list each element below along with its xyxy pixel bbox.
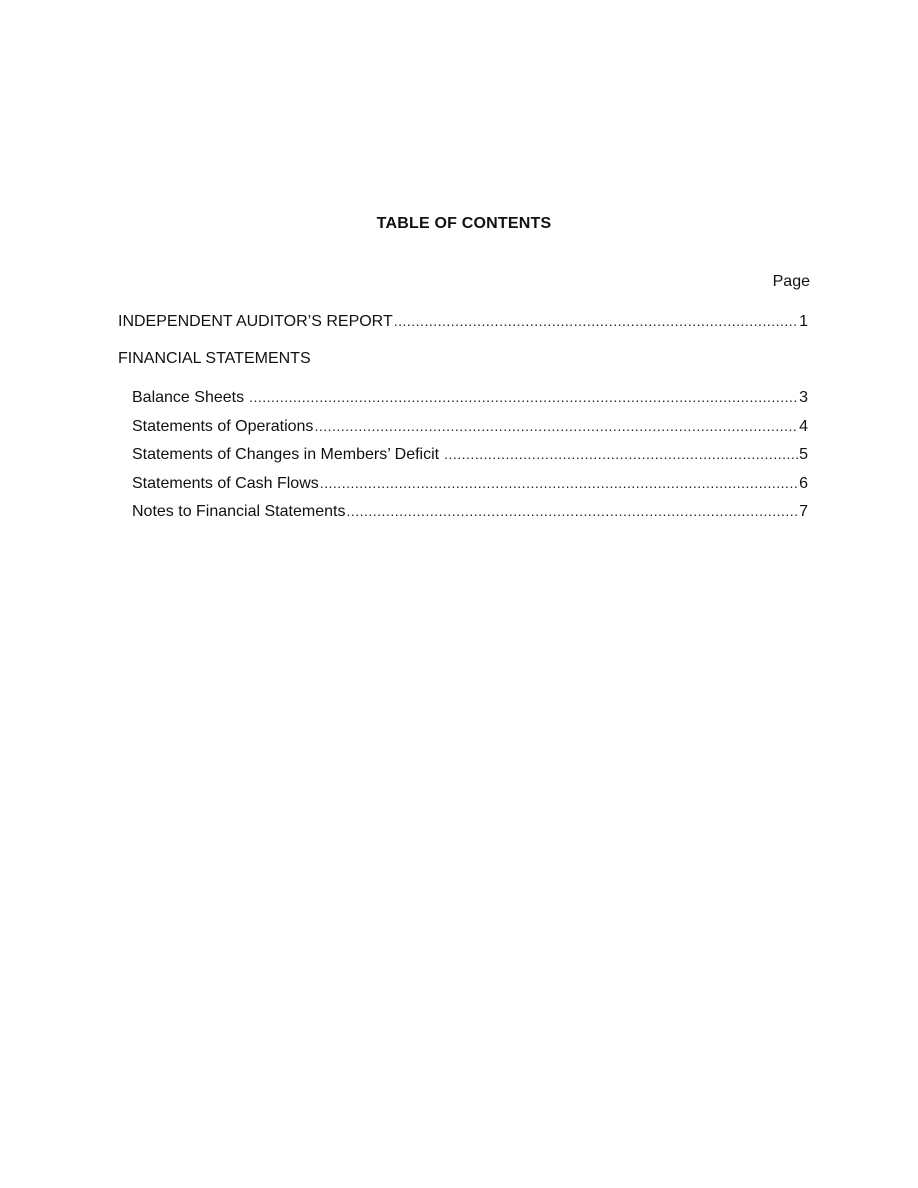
dot-leader [314, 416, 798, 436]
toc-entry-label: Statements of Operations [132, 417, 313, 437]
toc-entry-changes-in-members-deficit[interactable]: Statements of Changes in Members’ Defici… [132, 444, 808, 465]
toc-entry-page-number: 3 [799, 388, 808, 408]
dot-leader [444, 444, 798, 464]
document-page: TABLE OF CONTENTS Page INDEPENDENT AUDIT… [0, 0, 918, 1188]
toc-entry-page-number: 4 [799, 417, 808, 437]
toc-entry-auditors-report[interactable]: INDEPENDENT AUDITOR’S REPORT 1 [118, 311, 808, 332]
toc-entry-label: Statements of Changes in Members’ Defici… [132, 445, 439, 465]
toc-entry-balance-sheets[interactable]: Balance Sheets 3 [132, 387, 808, 408]
toc-entry-statements-of-cash-flows[interactable]: Statements of Cash Flows 6 [132, 473, 808, 494]
toc-entry-label: Balance Sheets [132, 388, 244, 408]
toc-entry-label: Notes to Financial Statements [132, 502, 345, 522]
toc-entry-label: Statements of Cash Flows [132, 474, 319, 494]
page-column-header: Page [773, 273, 810, 291]
toc-entry-label: INDEPENDENT AUDITOR’S REPORT [118, 312, 393, 332]
toc-entry-notes-to-financial-statements[interactable]: Notes to Financial Statements 7 [132, 501, 808, 522]
toc-entry-page-number: 5 [799, 445, 808, 465]
section-heading-financial-statements: FINANCIAL STATEMENTS [118, 349, 311, 369]
dot-leader [394, 311, 798, 331]
toc-entry-statements-of-operations[interactable]: Statements of Operations 4 [132, 416, 808, 437]
toc-entry-page-number: 1 [799, 312, 808, 332]
dot-leader [249, 387, 798, 407]
dot-leader [320, 473, 798, 493]
toc-entry-page-number: 6 [799, 474, 808, 494]
dot-leader [346, 501, 798, 521]
page-title: TABLE OF CONTENTS [0, 215, 918, 233]
toc-entry-page-number: 7 [799, 502, 808, 522]
